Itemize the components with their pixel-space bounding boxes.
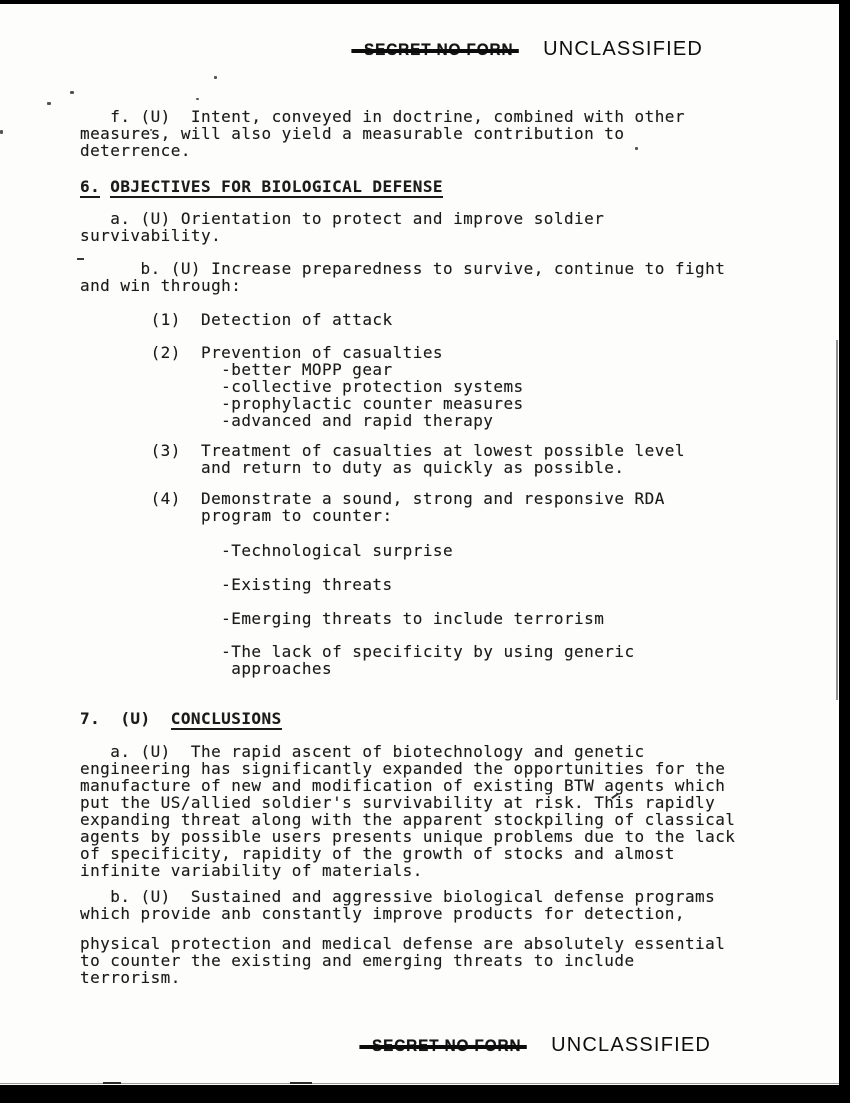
dash-item-4: -The lack of specificity by using generi… <box>80 643 635 677</box>
text-line: (4) Demonstrate a sound, strong and resp… <box>80 490 665 507</box>
text-line: deterrence. <box>80 142 685 159</box>
text-line: manufacture of new and modification of e… <box>80 777 735 794</box>
text-line: expanding threat along with the apparent… <box>80 811 735 828</box>
text-line: measures, will also yield a measurable c… <box>80 125 685 142</box>
text-line: of specificity, rapidity of the growth o… <box>80 845 735 862</box>
heading-section-7: 7. (U) CONCLUSIONS <box>80 710 282 730</box>
text-line: b. (U) Increase preparedness to survive,… <box>80 260 725 277</box>
scan-speckle <box>47 102 51 105</box>
scan-line-artifact <box>836 340 838 700</box>
list-item-2: (2) Prevention of casualties -better MOP… <box>80 344 524 429</box>
scan-edge-line <box>0 1083 850 1084</box>
scanned-document-page: SECRET NO FORN UNCLASSIFIED f. (U) Inten… <box>0 0 850 1103</box>
text-line: to counter the existing and emerging thr… <box>80 952 725 969</box>
text-line: and return to duty as quickly as possibl… <box>80 459 685 476</box>
text-line: approaches <box>80 660 635 677</box>
text-line: (1) Detection of attack <box>80 311 393 328</box>
text-line: put the US/allied soldier's survivabilit… <box>80 794 735 811</box>
margin-dash-mark <box>77 258 84 260</box>
scan-border-bottom <box>0 1085 850 1103</box>
scan-speckle <box>196 98 199 100</box>
heading-text: 7. (U) <box>80 709 171 728</box>
para-6b: b. (U) Increase preparedness to survive,… <box>80 260 725 294</box>
classification-label: UNCLASSIFIED <box>551 1034 711 1057</box>
text-line: f. (U) Intent, conveyed in doctrine, com… <box>80 108 685 125</box>
text-line: (2) Prevention of casualties <box>80 344 524 361</box>
dash-item-1: -Technological surprise <box>80 542 453 559</box>
text-line: a. (U) The rapid ascent of biotechnology… <box>80 743 735 760</box>
text-line: -Emerging threats to include terrorism <box>80 610 604 627</box>
text-line: (3) Treatment of casualties at lowest po… <box>80 442 685 459</box>
scan-speckle <box>635 147 638 150</box>
text-line: -better MOPP gear <box>80 361 524 378</box>
text-line: -prophylactic counter measures <box>80 395 524 412</box>
text-line: -Technological surprise <box>80 542 453 559</box>
text-line: terrorism. <box>80 969 725 986</box>
scan-border-top <box>0 0 850 4</box>
scan-speckle <box>150 129 152 131</box>
para-7b-cont: physical protection and medical defense … <box>80 935 725 986</box>
scan-edge-tick <box>290 1082 312 1084</box>
para-6f: f. (U) Intent, conveyed in doctrine, com… <box>80 108 685 159</box>
scan-speckle <box>70 91 74 94</box>
scan-speckle <box>214 76 217 79</box>
text-line: -advanced and rapid therapy <box>80 412 524 429</box>
scan-edge-tick <box>103 1082 121 1084</box>
heading-text-underlined: OBJECTIVES FOR BIOLOGICAL DEFENSE <box>110 178 443 198</box>
text-line: -The lack of specificity by using generi… <box>80 643 635 660</box>
text-line: a. (U) Orientation to protect and improv… <box>80 210 604 227</box>
text-line: survivability. <box>80 227 604 244</box>
scan-border-right <box>839 0 850 1103</box>
text-line: program to counter: <box>80 507 665 524</box>
heading-text-underlined: CONCLUSIONS <box>171 710 282 730</box>
dash-item-2: -Existing threats <box>80 576 393 593</box>
text-line: which provide anb constantly improve pro… <box>80 905 715 922</box>
para-7a: a. (U) The rapid ascent of biotechnology… <box>80 743 735 879</box>
text-line: b. (U) Sustained and aggressive biologic… <box>80 888 715 905</box>
struck-classification-marking: SECRET NO FORN <box>372 1036 521 1056</box>
heading-text <box>100 177 110 196</box>
heading-text-underlined: 6. <box>80 178 100 198</box>
text-line: infinite variability of materials. <box>80 862 735 879</box>
classification-footer: SECRET NO FORN UNCLASSIFIED <box>372 1034 711 1057</box>
para-6a: a. (U) Orientation to protect and improv… <box>80 210 604 244</box>
text-line: physical protection and medical defense … <box>80 935 725 952</box>
heading-section-6: 6. OBJECTIVES FOR BIOLOGICAL DEFENSE <box>80 178 443 198</box>
text-line: -Existing threats <box>80 576 393 593</box>
list-item-3: (3) Treatment of casualties at lowest po… <box>80 442 685 476</box>
scan-speckle <box>0 130 3 134</box>
text-line: -collective protection systems <box>80 378 524 395</box>
text-line: agents by possible users presents unique… <box>80 828 735 845</box>
list-item-4: (4) Demonstrate a sound, strong and resp… <box>80 490 665 524</box>
list-item-1: (1) Detection of attack <box>80 311 393 328</box>
document-body: f. (U) Intent, conveyed in doctrine, com… <box>0 0 850 1103</box>
text-line: engineering has significantly expanded t… <box>80 760 735 777</box>
para-7b: b. (U) Sustained and aggressive biologic… <box>80 888 715 922</box>
dash-item-3: -Emerging threats to include terrorism <box>80 610 604 627</box>
text-line: and win through: <box>80 277 725 294</box>
